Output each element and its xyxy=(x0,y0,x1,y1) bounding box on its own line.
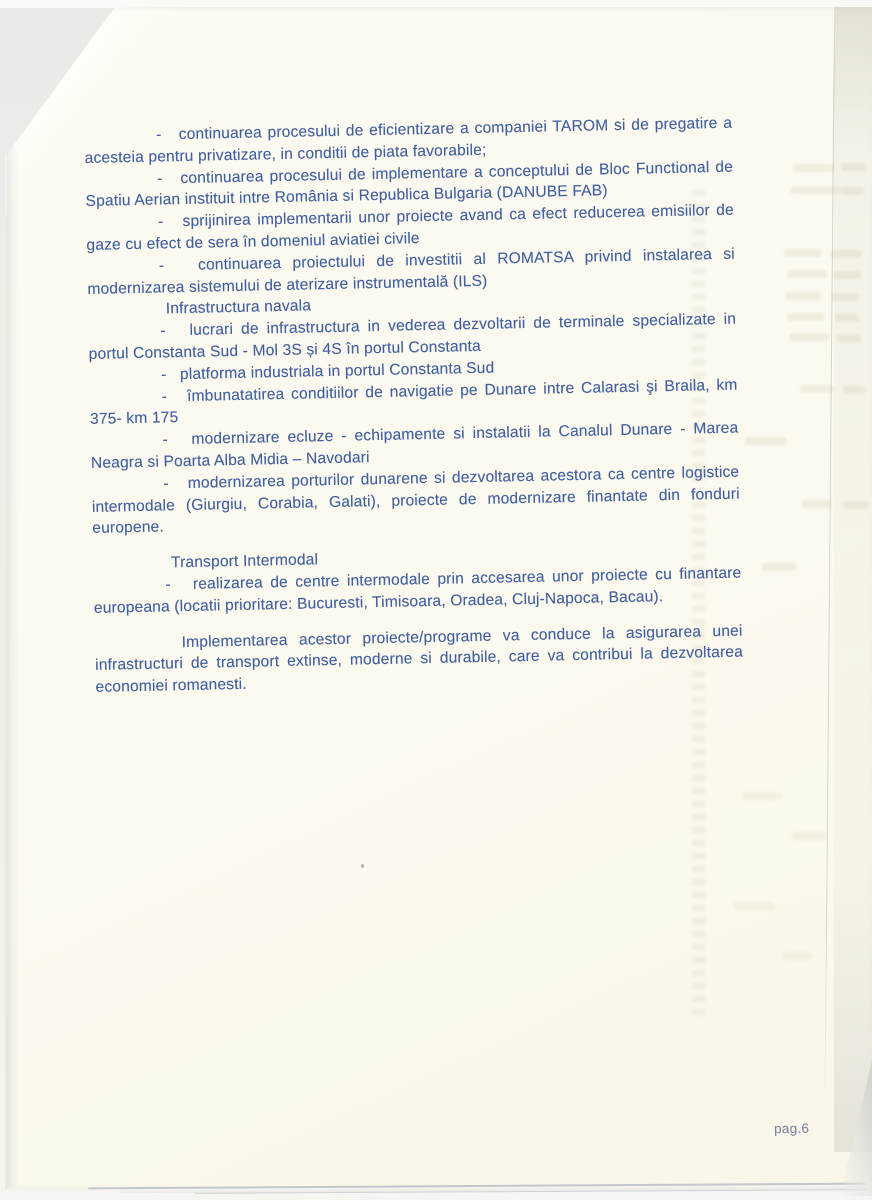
bullet-marker: - xyxy=(160,322,190,340)
ghost-mark xyxy=(782,952,812,960)
bullet-marker: - xyxy=(156,126,179,143)
ghost-mark xyxy=(789,333,829,341)
ghost-mark xyxy=(792,832,826,840)
ghost-mark xyxy=(787,270,827,278)
left-edge-shadow xyxy=(7,147,19,1187)
scan-speck xyxy=(361,864,364,868)
vertical-crease xyxy=(824,11,835,1111)
bullet-marker: - xyxy=(165,576,193,594)
document-page: - continuarea procesului de eficientizar… xyxy=(5,7,872,1189)
ghost-mark xyxy=(831,293,859,301)
page-number: pag.6 xyxy=(774,1121,810,1137)
bullet-marker: - xyxy=(161,366,180,383)
right-edge-shading xyxy=(834,7,872,1152)
ghost-mark xyxy=(835,314,859,322)
bullet-marker: - xyxy=(159,256,198,274)
ghost-mark xyxy=(830,250,862,258)
ghost-mark xyxy=(833,271,861,279)
ghost-mark xyxy=(843,386,865,394)
ghost-mark xyxy=(762,563,796,571)
ghost-mark xyxy=(787,313,825,321)
bullet-marker: - xyxy=(162,431,191,449)
ghost-mark xyxy=(792,164,834,172)
bullet-marker: - xyxy=(163,475,188,492)
ghost-mark xyxy=(745,437,787,445)
ghost-mark xyxy=(802,500,832,508)
ghost-mark xyxy=(800,385,834,393)
ghost-mark xyxy=(841,163,867,171)
ghost-mark xyxy=(840,187,864,195)
ghost-mark xyxy=(733,902,775,910)
bullet-marker: - xyxy=(158,213,183,231)
scan-edge-strip xyxy=(0,0,872,8)
bullet-marker: - xyxy=(157,170,181,187)
ghost-mark xyxy=(785,292,821,300)
scanned-document: - continuarea procesului de eficientizar… xyxy=(0,0,872,1200)
bullet-item: - modernizarea porturilor dunarene si de… xyxy=(91,461,740,540)
document-text: - continuarea procesului de eficientizar… xyxy=(84,113,744,699)
bullet-marker: - xyxy=(161,387,187,405)
ghost-mark xyxy=(837,334,861,342)
paragraph: Implementarea acestor proiecte/programe … xyxy=(94,620,743,699)
ghost-mark xyxy=(843,501,869,509)
ghost-mark xyxy=(742,792,782,800)
ghost-mark xyxy=(784,249,822,257)
